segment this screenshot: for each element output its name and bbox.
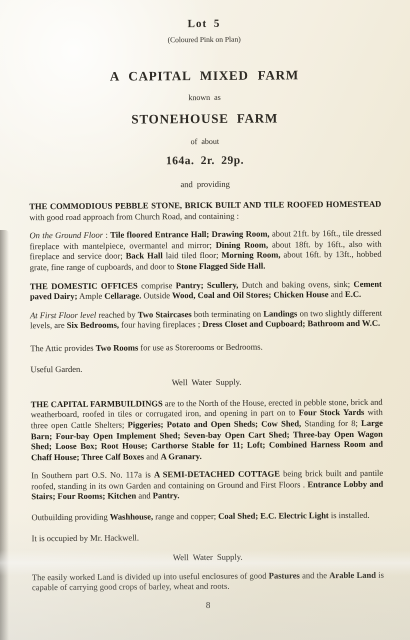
- paragraph-land: The easily worked Land is divided up int…: [32, 570, 384, 594]
- text-run: and: [144, 451, 161, 461]
- text-run: Tile floored Entrance Hall; Drawing Room…: [110, 229, 269, 240]
- text-run: and: [328, 289, 345, 299]
- text-run: In Southern part O.S. No. 117a is: [31, 470, 154, 481]
- text-run: Pantry; Scullery,: [176, 279, 239, 289]
- text-run: and: [136, 491, 153, 501]
- text-run: Back Hall: [126, 251, 163, 261]
- plan-colour-note: (Coloured Pink on Plan): [28, 34, 380, 45]
- text-run: with good road approach from Church Road…: [29, 210, 239, 221]
- text-run: THE CAPITAL FARMBUILDINGS: [31, 398, 163, 409]
- text-run: Standing for 8;: [301, 418, 361, 428]
- text-run: On the Ground Floor: [29, 230, 103, 241]
- text-run: E.C.: [345, 289, 361, 299]
- page-content: Lot 5 (Coloured Pink on Plan) A CAPITAL …: [0, 0, 410, 611]
- text-run: range and copper;: [153, 511, 218, 521]
- paragraph-farmbuildings: THE CAPITAL FARMBUILDINGS are to the Nor…: [31, 396, 383, 462]
- lot-heading: Lot 5: [28, 17, 380, 31]
- text-run: Two Rooms: [96, 342, 139, 352]
- paragraph-cottage: In Southern part O.S. No. 117a is A SEMI…: [31, 468, 383, 502]
- text-run: Stone Flagged Side Hall.: [177, 261, 266, 272]
- paragraph-occupier: It is occupied by Mr. Hackwell.: [32, 530, 384, 543]
- text-run: Landings: [263, 308, 297, 318]
- text-run: Ample: [77, 291, 104, 301]
- text-run: Outbuilding providing: [31, 512, 109, 523]
- text-run: Washhouse,: [110, 511, 153, 521]
- text-run: Arable Land: [329, 570, 376, 580]
- paragraph-outbuilding: Outbuilding providing Washhouse, range a…: [31, 510, 383, 523]
- known-as-label: known as: [29, 92, 381, 103]
- text-run: Pantry.: [153, 491, 180, 501]
- text-run: Piggeries; Potato and Open Sheds; Cow Sh…: [128, 418, 302, 429]
- text-run: The Attic provides: [30, 343, 95, 353]
- text-run: and the: [300, 570, 330, 580]
- paragraph-ground-floor: On the Ground Floor : Tile floored Entra…: [29, 228, 381, 273]
- page-title: A CAPITAL MIXED FARM: [28, 67, 380, 85]
- paragraph-homestead: THE COMMODIOUS PEBBLE STONE, BRICK BUILT…: [29, 199, 381, 223]
- text-run: THE DOMESTIC OFFICES: [30, 280, 138, 291]
- text-run: Four Stock Yards: [299, 407, 365, 417]
- text-run: :: [103, 230, 110, 240]
- text-run: reached by: [96, 309, 138, 319]
- text-run: The easily worked Land is divided up int…: [32, 570, 269, 582]
- page-number: 8: [32, 599, 384, 611]
- of-about-label: of about: [29, 136, 381, 147]
- text-run: Dress Closet and Cupboard; Bathroom and …: [202, 318, 380, 329]
- paragraph-garden: Useful Garden.: [30, 361, 382, 374]
- document-photo: Lot 5 (Coloured Pink on Plan) A CAPITAL …: [0, 0, 410, 640]
- paragraph-attic: The Attic provides Two Rooms for use as …: [30, 341, 382, 354]
- text-run: Two Staircases: [138, 309, 192, 319]
- text-run: four having fireplaces ;: [119, 319, 202, 330]
- well-water-supply-line-2: Well Water Supply.: [32, 551, 384, 564]
- text-run: for use as Storerooms or Bedrooms.: [138, 342, 262, 353]
- text-run: Electric Light: [278, 510, 328, 520]
- text-run: laid tiled floor;: [163, 250, 222, 260]
- text-run: is installed.: [329, 510, 370, 520]
- text-run: THE COMMODIOUS PEBBLE STONE, BRICK BUILT…: [29, 199, 381, 211]
- and-providing-label: and providing: [29, 178, 381, 190]
- text-run: Pastures: [269, 570, 300, 580]
- text-run: Dining Room,: [216, 239, 268, 249]
- text-run: Coal Shed; E.C.: [218, 511, 276, 521]
- text-run: A SEMI-DETACHED COTTAGE: [154, 469, 280, 480]
- text-run: A Granary.: [161, 451, 202, 461]
- paragraph-first-floor: At First Floor level reached by Two Stai…: [30, 308, 382, 332]
- text-run: comprise: [138, 280, 176, 290]
- acreage-heading: 164a. 2r. 29p.: [29, 154, 381, 168]
- paragraph-domestic-offices: THE DOMESTIC OFFICES comprise Pantry; Sc…: [30, 278, 382, 302]
- text-run: Outside: [141, 290, 172, 300]
- text-run: Six Bedrooms,: [67, 320, 119, 330]
- text-run: Morning Room,: [221, 250, 280, 260]
- farm-name-heading: STONEHOUSE FARM: [29, 110, 381, 128]
- text-run: At First Floor level: [30, 310, 96, 320]
- well-water-supply-line-1: Well Water Supply.: [31, 376, 383, 389]
- text-run: Cellarage.: [104, 291, 141, 301]
- text-run: Dutch and baking ovens, sink;: [238, 279, 353, 290]
- text-run: both terminating on: [192, 308, 264, 319]
- text-run: Wood, Coal and Oil Stores; Chicken House: [172, 289, 328, 300]
